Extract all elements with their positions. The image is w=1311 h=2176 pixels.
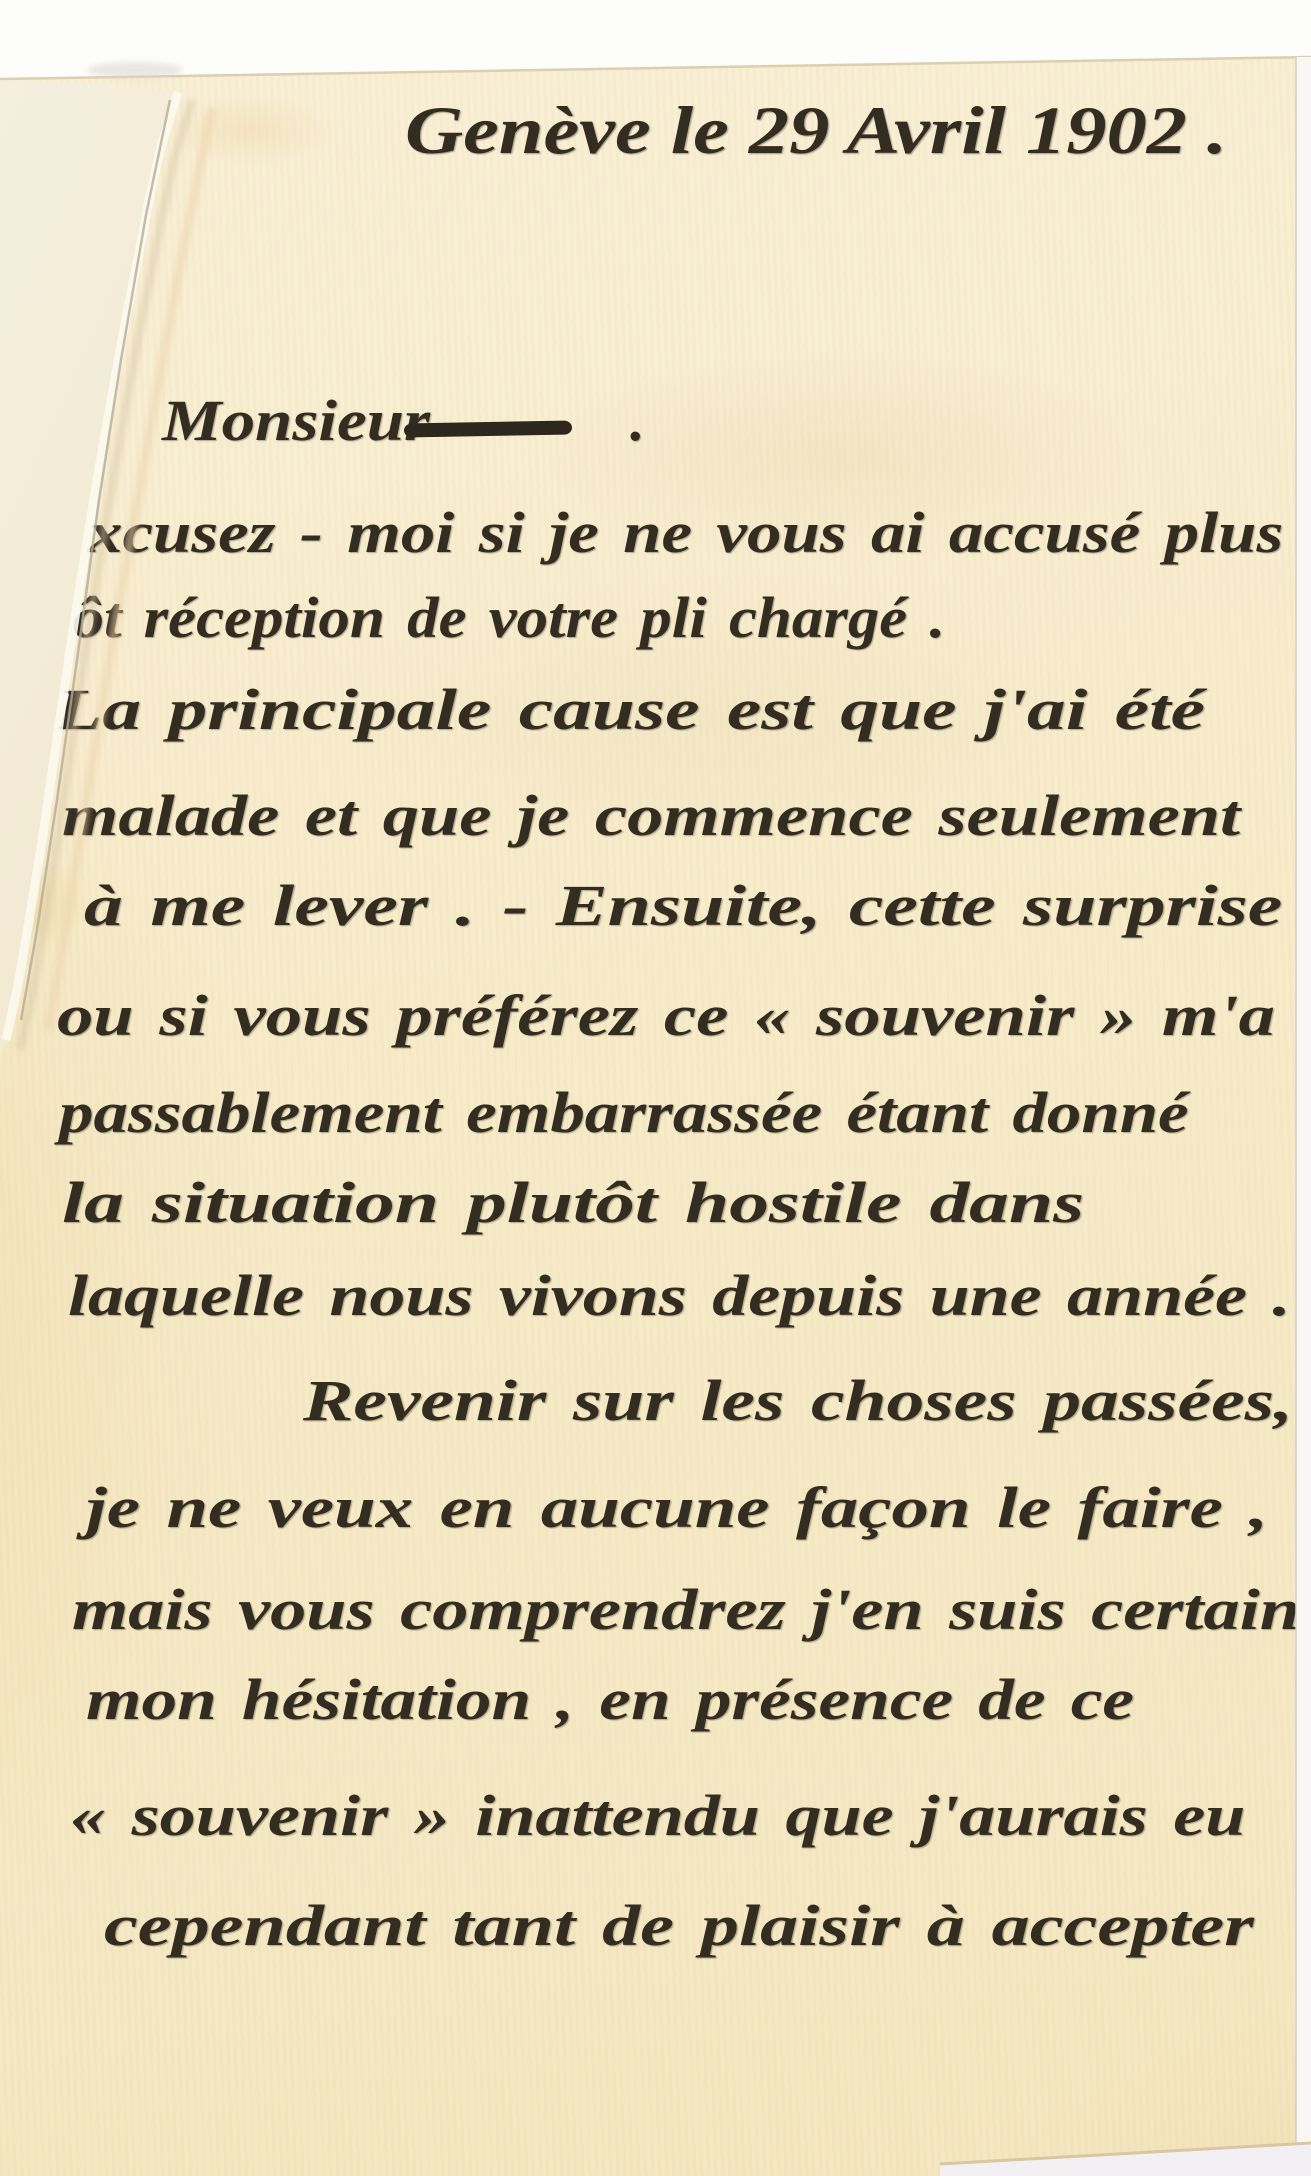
letter-line-10: Revenir sur les choses passées,: [303, 1371, 1293, 1432]
salutation-flourish-stroke: [404, 421, 572, 438]
letter-line-9: laquelle nous vivons depuis une année .: [68, 1266, 1290, 1327]
letter-line-15: cependant tant de plaisir à accepter: [104, 1896, 1254, 1957]
salutation-line: Monsieur.: [162, 392, 645, 450]
dateline: Genève le 29 Avril 1902 .: [405, 96, 1227, 164]
letter-line-11: je ne veux en aucune façon le faire ,: [86, 1478, 1268, 1539]
salutation-period: .: [630, 388, 645, 453]
letter-line-2: tôt réception de votre pli chargé .: [55, 588, 945, 649]
salutation-word: Monsieur: [162, 392, 430, 450]
letter-line-1: xcusez - moi si je ne vous ai accusé plu…: [88, 503, 1283, 564]
letter-line-3: La principale cause est que j'ai été: [55, 680, 1205, 741]
letter-line-13: mon hésitation , en présence de ce: [86, 1670, 1134, 1731]
letter-line-4: malade et que je commence seulement: [62, 786, 1240, 847]
letter-line-5: à me lever . - Ensuite, cette surprise: [84, 876, 1282, 937]
letter-line-12: mais vous comprendrez j'en suis certain: [72, 1580, 1300, 1641]
scanned-letter-page: Genève le 29 Avril 1902 . Monsieur. xcus…: [0, 0, 1311, 2176]
letter-line-8: la situation plutôt hostile dans: [62, 1173, 1084, 1234]
letter-line-6: ou si vous préférez ce « souvenir » m'a: [57, 986, 1275, 1047]
letter-line-14: « souvenir » inattendu que j'aurais eu: [70, 1786, 1245, 1847]
letter-line-7: passablement embarrassée étant donné: [59, 1083, 1189, 1144]
